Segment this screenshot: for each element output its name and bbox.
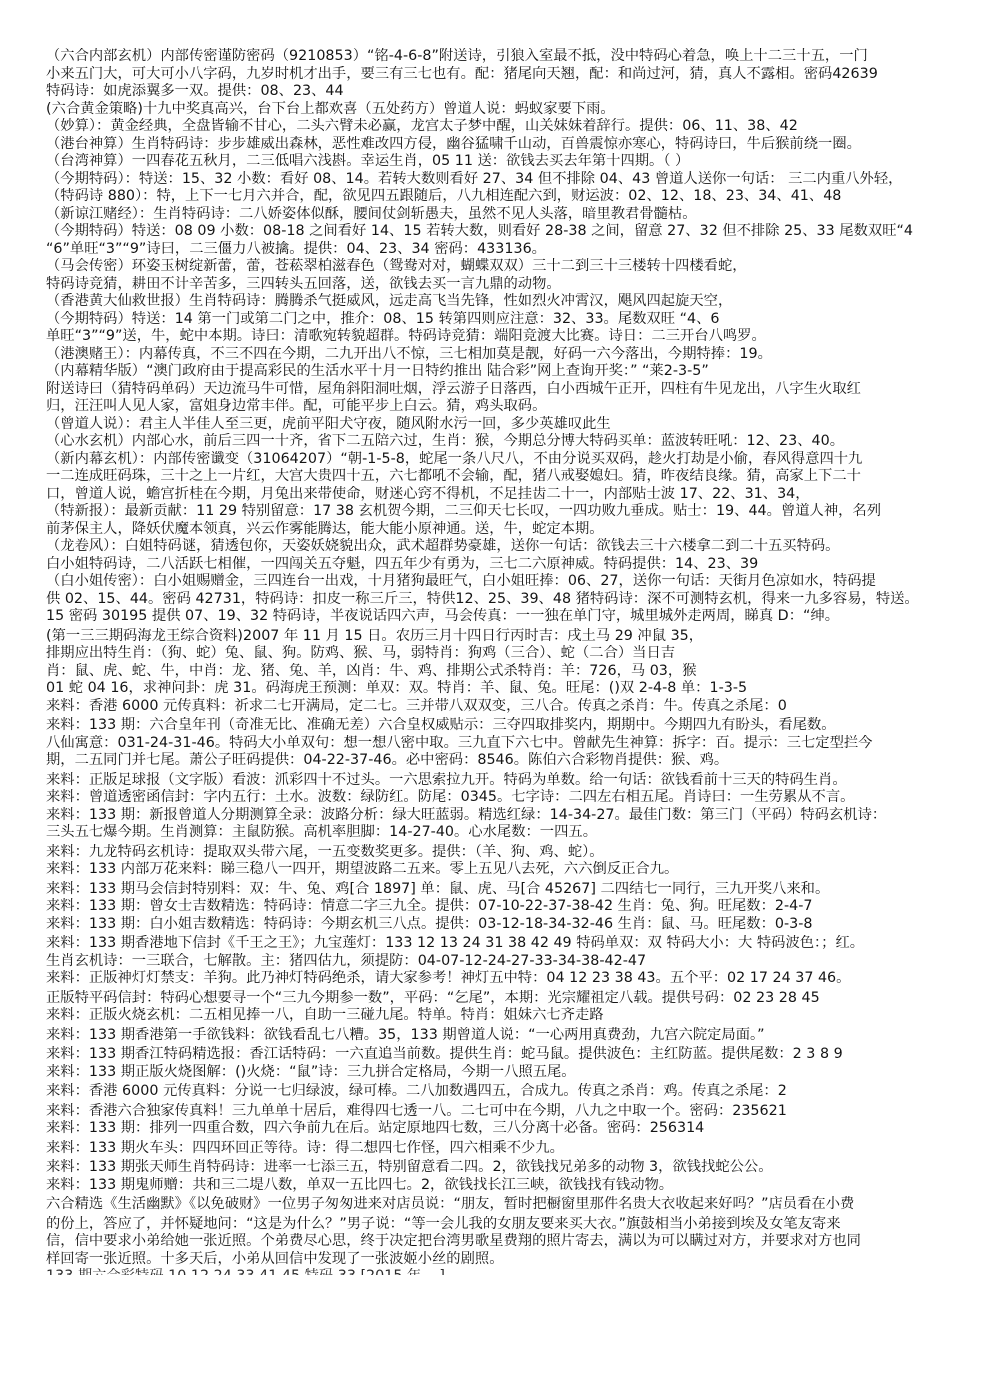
text-line: 来料：133 期：白小姐吉数精选：特码诗：今期玄机三八点。提供：03-12-18… [46, 916, 946, 934]
text-line: （港台神算）生肖特码诗：步步雄威出森林，恶性难改四方侵，幽谷猛啸千山动，百兽震惊… [46, 136, 946, 154]
text-line: 01 蛇 04 16，求神问卦：虎 31。码海虎王预测：单双：双。特肖：羊、鼠、… [46, 680, 946, 698]
text-line: 单旺“3”“9”送，牛，蛇中本期。诗曰：清歌宛转貌超群。特码诗竞猜：端阳竞渡大比… [46, 328, 946, 346]
text-line: 白小姐特码诗，二八活跃七相催，一四闯关五夺魁，四五年少有勇为，三七二六原神威。特… [46, 556, 946, 574]
document-page: （六合内部玄机）内部传密谨防密码（9210853）“铭-4-6-8”附送诗，引狼… [46, 48, 946, 1275]
text-line: （今期特码）特送：14 第一门或第二门之中，推介：08、15 转第四则应注意：3… [46, 311, 946, 329]
text-line: 正版特平码信封：特码心想要寻一个“三九今期参一数”，平码：“乞尾”，本期：光宗耀… [46, 990, 946, 1008]
text-line: 来料：133 期马会信封特别料：双：牛、兔、鸡[合 1897] 单：鼠、虎、马[… [46, 881, 946, 899]
text-line: 来料：133 期香港地下信封《千王之王》；九宝莲灯：133 12 13 24 3… [46, 935, 946, 953]
text-line: 肖：鼠、虎、蛇、牛，中肖：龙、猪、兔、羊，凶肖：牛、鸡、排期公式杀特肖：羊：72… [46, 663, 946, 681]
text-line: （港澳赌王）：内幕传真，不三不四在今期，二九开出八不惊，三七相加莫是靓，好码一六… [46, 346, 946, 364]
text-line: （台湾神算）一四春花五秋月，二三低唱六浅斟。幸运生肖，05 11 送：欲钱去买去… [46, 153, 946, 171]
text-line: 排期应出特生肖：（狗、蛇）兔、鼠、狗。防鸡、猴、马，弱特肖：狗鸡（三合）、蛇（二… [46, 645, 946, 663]
text-line: 一二连成旺码珠，三十之上一片红，大宫大贵四十五，六七都吼不会输，配，猪八戒娶媳妇… [46, 468, 946, 486]
text-line: 生肖玄机诗：一三联合，七解散。主：猪四估九，须提防：04-07-12-24-27… [46, 953, 946, 971]
text-line: 样回寄一张近照。十多天后，小弟从回信中发现了一张波姬小丝的剧照。 [46, 1251, 946, 1269]
text-line: 来料：133 内部万花来料：睇三稳八一四开，期望波路二五来。零上五见八去死，六六… [46, 861, 946, 879]
text-line: （龙卷风）：白姐特码谜，猜透包你，天姿妖娆貌出众，武术超群势豪雄，送你一句话：欲… [46, 538, 946, 556]
text-line: 来料：133 期：新报曾道人分期测算全录：波路分析：绿大旺蓝弱。精选红绿：14-… [46, 807, 946, 825]
text-line: 15 密码 30195 提供 07、19、32 特码诗，半夜说话四六声，马会传真… [46, 608, 946, 626]
text-line: 的份上，答应了，并怀疑地问：“这是为什么？”男子说：“等一会儿我的女朋友要来买大… [46, 1216, 946, 1234]
text-line: 来料：133 期正版火烧图解：()火烧：“鼠”诗：三九拼合定格局，今期一八照五尾… [46, 1064, 946, 1082]
text-line: 来料：正版足球报（文字版）看波：沠彩四十不过头。一六思索拉九开。特码为单数。给一… [46, 772, 946, 790]
text-line: （特码诗 880）：特，上下一七月六并合，配，欲见四五跟随后，八九相连配六到，财… [46, 188, 946, 206]
text-line: 三头五七爆今期。生肖测算：主鼠防猴。高机率胆脚：14-27-40。心水尾数：一四… [46, 824, 946, 842]
text-line-cut-off: 133 期六合彩特码 10 12 24 33 41 45 特码 33 [2015… [46, 1268, 946, 1275]
text-line: 来料：正版神灯灯禁支：羊狗。此乃神灯特码绝杀，请大家参考！神灯五中特：04 12… [46, 970, 946, 988]
text-line: 期，二五同门并七尾。萧公子旺码提供：04-22-37-46。必中密码：8546。… [46, 752, 946, 770]
text-line: （今期特码）特送：08 09 小数：08-18 之间看好 14、15 若转大数，… [46, 223, 946, 241]
text-line: （新内幕玄机）：内部传密谶变（31064207）“朝-1-5-8，蛇尾一条八尺八… [46, 451, 946, 469]
text-line: 来料：133 期：排列一四重合数，四六争前九在后。站定原地四七数，三八分离十必备… [46, 1120, 946, 1138]
text-line: 八仙寓意：031-24-31-46。特码大小单双句：想一想八密中取。三九直下六七… [46, 735, 946, 753]
text-line: 来料：133 期火车头：四四环回正等待。诗：得二想四七作怪，四六相乘不少九。 [46, 1140, 946, 1158]
text-line: (第一三三期码海龙王综合资料)2007 年 11 月 15 日。农历三月十四日行… [46, 628, 946, 646]
text-line: 来料：香港 6000 元传真料：祈求二七开满局，定二七。三并带八双双变，三八合。… [46, 698, 946, 716]
text-line: 信，信中要求小弟给她一张近照。个弟费尽心思，终于决定把台湾男歌星费翔的照片寄去，… [46, 1233, 946, 1251]
text-line: （新谅江赌经）：生肖特码诗：二八娇姿体似酥，腰间仗剑斩愚夫，虽然不见人头落，暗里… [46, 206, 946, 224]
text-line: 口，曾道人说，蟾宫折桂在今期，月兔出来带使命，财迷心窍不得机，不足挂齿二十一，内… [46, 486, 946, 504]
text-line: 来料：香港六合独家传真料！三九单单十居后，难得四七透一八。二七可中在今期，八九之… [46, 1103, 946, 1121]
text-line: （白小姐传密）：白小姐赐赠金，三四连台一出戏，十月猪狗最旺气，白小姐旺捧：06、… [46, 573, 946, 591]
text-line: 来料：正版火烧玄机：二五相见捧一八，自助一三碰九尾。特单。特肖：姐妹六七齐走路 [46, 1007, 946, 1025]
text-line: 来料：133 期张天师生肖特码诗：进率一七添三五，特别留意看二四。2，欲钱找兄弟… [46, 1159, 946, 1177]
text-line: 来料：133 期香江特码精选报：香江话特码：一六直追当前数。提供生肖：蛇马鼠。提… [46, 1046, 946, 1064]
text-line: 来料：曾道透密函信封：字内五行：土水。波数：绿防红。防尾：0345。七字诗：二四… [46, 789, 946, 807]
text-line: 来料：九龙特码玄机诗：提取双头带六尾，一五变数奖更多。提供：（羊、狗、鸡、蛇）。 [46, 844, 946, 862]
text-line: （内幕精华版）“澳门政府由于提高彩民的生活水平十月一日特约推出 陆合彩”网上查询… [46, 363, 946, 381]
text-line: （香港黄大仙救世报）生肖特码诗：腾腾杀气挺威风，远走高飞当先锋，性如烈火冲霄汉，… [46, 293, 946, 311]
text-line: 特码诗竞猜，耕田不计辛苦多，三四转头五回落，送，欲钱去买一言九鼎的动物。 [46, 276, 946, 294]
text-line: 六合精选《生活幽默》《以免破财》一位男子匆匆进来对店员说：“朋友，暂时把橱窗里那… [46, 1196, 946, 1214]
text-line: （心水玄机）内部心水，前后三四一十齐，省下二五陪六过，生肖：猴，今期总分博大特码… [46, 433, 946, 451]
text-line: （妙算）：黄金经典，全盘皆输不甘心，二头六臂未必赢，龙宫太子梦中醒，山关妹妹着辞… [46, 118, 946, 136]
text-line: 特码诗：如虎添翼多一双。提供：08、23、44 [46, 83, 946, 101]
text-line: 来料：133 期：六合皇年刊（奇准无比、准确无差）六合皇权威贴示：三夺四取排奖内… [46, 717, 946, 735]
text-line: (六合黄金策略)十九中奖真高兴，台下台上都欢喜（五处药方）曾道人说：蚂蚁家要下雨… [46, 101, 946, 119]
text-line: 来料：香港 6000 元传真料：分说一七归绿波，绿可棒。二八加数遇四五，合成九。… [46, 1083, 946, 1101]
text-line: 来料：133 期香港第一手欲钱料：欲钱看乱七八糟。35，133 期曾道人说：“一… [46, 1027, 946, 1045]
text-line: （六合内部玄机）内部传密谨防密码（9210853）“铭-4-6-8”附送诗，引狼… [46, 48, 946, 66]
text-line: （马会传密）环姿玉树绽新蕾，蕾，苍菘翠柏滋春色（鸳鸯对对，蝴蝶双双）三十二到三十… [46, 258, 946, 276]
text-line: “6”单旺“3”“9”诗曰，二三僵力八被擒。提供：04、23、34 密码：433… [46, 241, 946, 259]
text-line: 归，汪汪叫人见人家，富姐身边常丰伴。配，可能平步上白云。猜，鸡头取码。 [46, 398, 946, 416]
text-line: 附送诗曰（猜特码单码）天边流马牛可惜，屋角斜阳洞吐烟，浮云游子日落西，白小西城午… [46, 381, 946, 399]
text-line: 小来五门大，可大可小八字码，九岁时机才出手，要三有三七也有。配：猪尾向天翘，配：… [46, 66, 946, 84]
text-line: 供 02、15、44。密码 42731，特码诗：扣皮一称三斤三，特供12、25、… [46, 591, 946, 609]
text-line: 来料：133 期鬼师赠：共和三二堤八数，单双一五比四七。2，欲钱找长江三峡，欲钱… [46, 1177, 946, 1195]
text-line: （特新报）：最新贡献：11 29 特别留意：17 38 玄机贺今期，二三仰天七长… [46, 503, 946, 521]
text-line: 来料：133 期：曾女士吉数精选：特码诗：情意二字三九全。提供：07-10-22… [46, 898, 946, 916]
text-line: （曾道人说）：君主人半佳人至三更，虎前平阳犬守夜，随风附水污一回，多少英雄叹此生 [46, 416, 946, 434]
text-line: （今期特码）：特送：15、32 小数：看好 08、14。若转大数则看好 27、3… [46, 171, 946, 189]
text-line: 前茅保主人，降妖伏魔本领真，兴云作雾能腾达，能大能小原神通。送，牛，蛇定本期。 [46, 521, 946, 539]
